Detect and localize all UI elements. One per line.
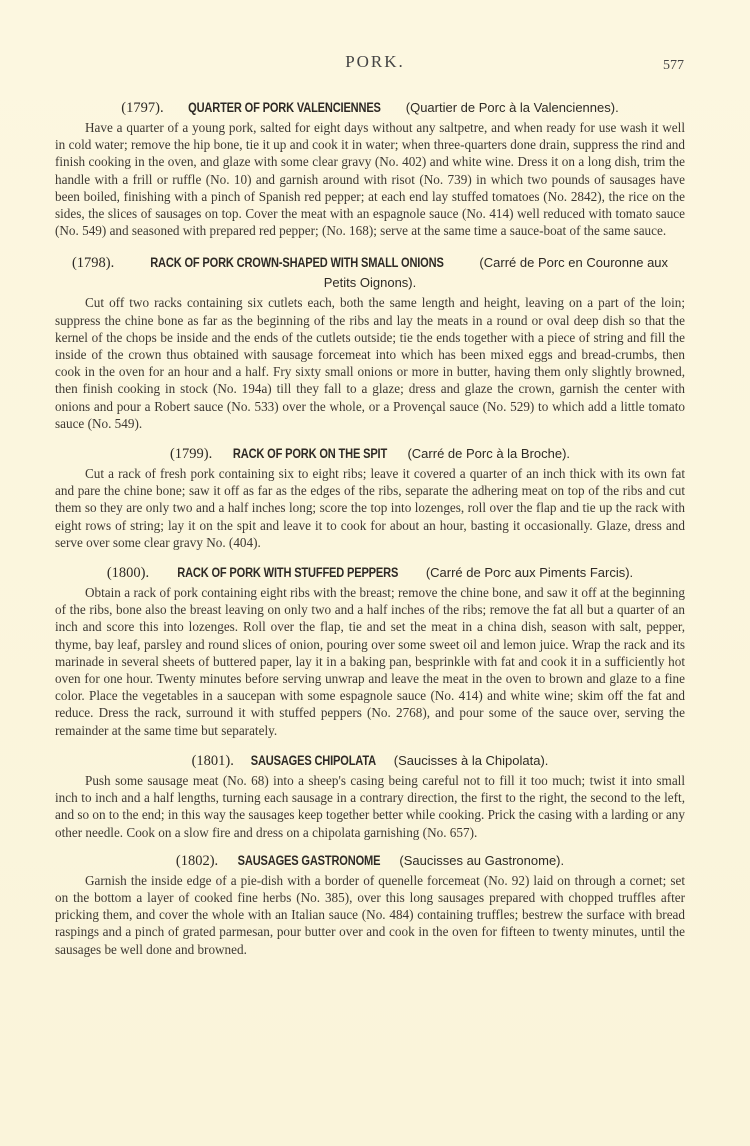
recipe-number: (1800). <box>107 565 149 581</box>
recipe-title: (1802). SAUSAGES GASTRONOME (Saucisses a… <box>55 851 685 871</box>
recipe-title: (1797). QUARTER OF PORK VALENCIENNES (Qu… <box>55 98 685 118</box>
book-page: PORK. 577 (1797). QUARTER OF PORK VALENC… <box>0 0 750 1146</box>
recipe-number: (1801). <box>192 753 234 769</box>
recipe-1801: (1801). SAUSAGES CHIPOLATA (Saucisses à … <box>55 751 685 841</box>
recipe-name: RACK OF PORK ON THE SPIT <box>233 444 387 463</box>
recipe-number: (1797). <box>121 100 163 116</box>
recipe-1800: (1800). RACK OF PORK WITH STUFFED PEPPER… <box>55 563 685 739</box>
recipe-title: (1800). RACK OF PORK WITH STUFFED PEPPER… <box>55 563 685 583</box>
recipe-1797: (1797). QUARTER OF PORK VALENCIENNES (Qu… <box>55 98 685 239</box>
recipe-body: Obtain a rack of pork containing eight r… <box>55 584 685 739</box>
recipe-title: (1798). RACK OF PORK CROWN-SHAPED WITH S… <box>55 253 685 293</box>
recipe-french-name: (Saucisses à la Chipolata). <box>394 753 549 768</box>
recipe-french-name: (Carré de Porc à la Broche). <box>407 446 570 461</box>
recipe-1798: (1798). RACK OF PORK CROWN-SHAPED WITH S… <box>55 253 685 432</box>
recipe-number: (1802). <box>176 853 218 869</box>
recipe-body: Cut off two racks containing six cutlets… <box>55 294 685 432</box>
recipe-name: RACK OF PORK CROWN-SHAPED WITH SMALL ONI… <box>150 253 443 272</box>
recipe-1799: (1799). RACK OF PORK ON THE SPIT (Carré … <box>55 444 685 551</box>
recipe-french-name: (Carré de Porc aux Piments Farcis). <box>426 565 633 580</box>
page-number: 577 <box>663 58 684 74</box>
recipe-title: (1801). SAUSAGES CHIPOLATA (Saucisses à … <box>55 751 685 771</box>
recipe-title: (1799). RACK OF PORK ON THE SPIT (Carré … <box>55 444 685 464</box>
recipe-body: Cut a rack of fresh pork containing six … <box>55 465 685 551</box>
recipe-body: Have a quarter of a young pork, salted f… <box>55 119 685 239</box>
recipe-name: RACK OF PORK WITH STUFFED PEPPERS <box>177 563 398 582</box>
recipe-name: SAUSAGES GASTRONOME <box>237 851 380 870</box>
recipe-body: Push some sausage meat (No. 68) into a s… <box>55 772 685 841</box>
recipe-french-name: (Saucisses au Gastronome). <box>399 853 564 868</box>
recipe-1802: (1802). SAUSAGES GASTRONOME (Saucisses a… <box>55 851 685 958</box>
page-content: (1797). QUARTER OF PORK VALENCIENNES (Qu… <box>55 98 685 968</box>
recipe-number: (1799). <box>170 446 212 462</box>
recipe-number: (1798). <box>72 255 114 271</box>
recipe-body: Garnish the inside edge of a pie-dish wi… <box>55 872 685 958</box>
running-head: PORK. <box>0 52 750 72</box>
recipe-name: SAUSAGES CHIPOLATA <box>251 751 376 770</box>
recipe-name: QUARTER OF PORK VALENCIENNES <box>188 98 381 117</box>
recipe-french-name: (Quartier de Porc à la Valenciennes). <box>406 100 619 115</box>
